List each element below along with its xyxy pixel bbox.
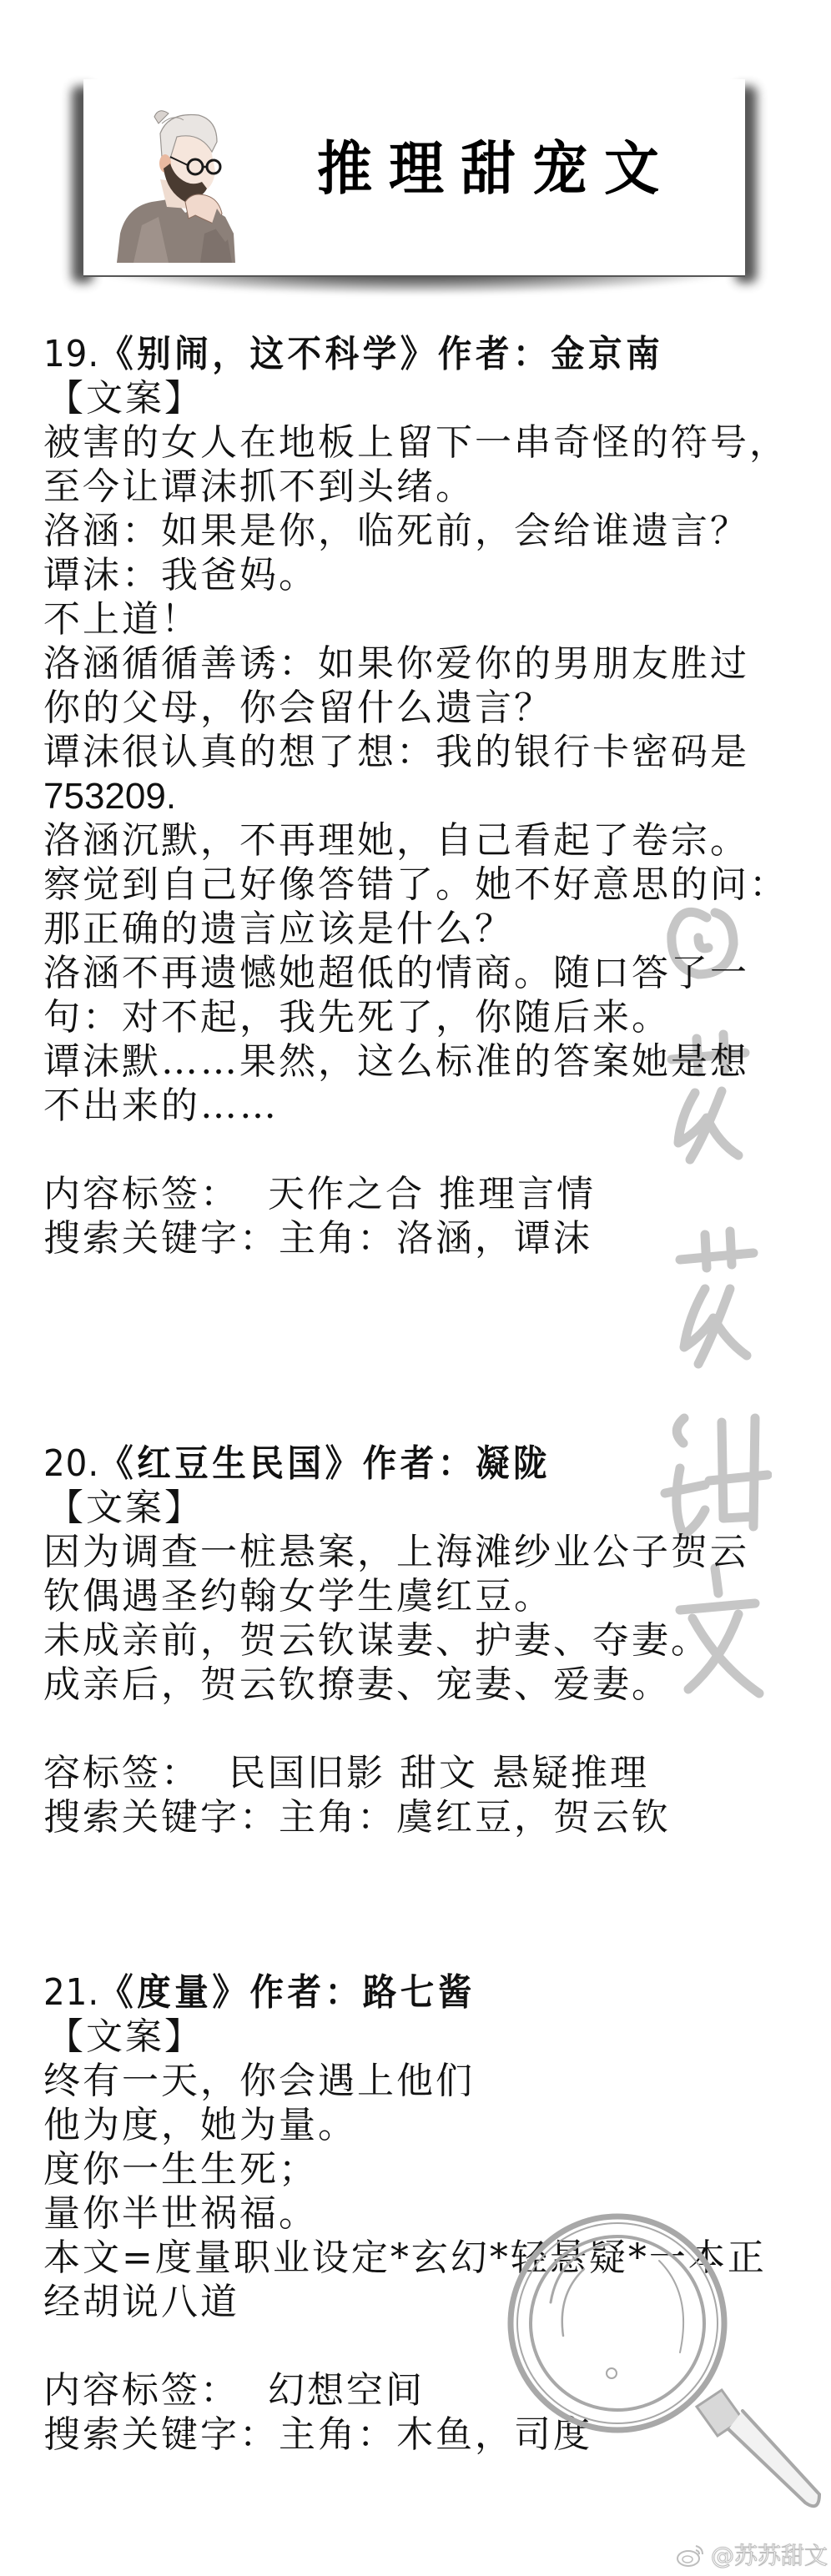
blurb-line: 不上道！ bbox=[43, 597, 794, 641]
blurb-line: 谭沫默……果然，这么标准的答案她是想 bbox=[43, 1039, 794, 1084]
search-keywords: 搜索关键字：主角：木鱼，司度 bbox=[43, 2412, 794, 2457]
blurb-line: 洛涵循循善诱：如果你爱你的男朋友胜过 bbox=[43, 641, 794, 686]
header-card: 推理甜宠文 bbox=[83, 79, 745, 277]
book-title: 《别闹，这不科学》 bbox=[99, 333, 438, 375]
content-tags: 容标签： 民国旧影 甜文 悬疑推理 bbox=[43, 1751, 794, 1795]
bearded-man-illustration-icon bbox=[108, 108, 246, 263]
blurb-line: 洛涵不再遗憾她超低的情商。随口答了一 bbox=[43, 951, 794, 995]
blurb-line: 因为调查一桩悬案，上海滩纱业公子贺云 bbox=[43, 1530, 794, 1574]
author-name: 金京南 bbox=[551, 333, 663, 375]
author-label: 作者： bbox=[249, 1971, 362, 2014]
blurb-label: 【文案】 bbox=[47, 1486, 794, 1530]
author-name: 路七酱 bbox=[363, 1971, 476, 2014]
blurb-line: 洛涵：如果是你，临死前，会给谁遗言？ bbox=[43, 509, 794, 553]
entry-number: 19. bbox=[43, 333, 99, 375]
blurb-line: 753209. bbox=[43, 774, 794, 818]
weibo-handle: @苏苏甜文 bbox=[711, 2538, 828, 2571]
banner-title: 推理甜宠文 bbox=[317, 134, 676, 204]
blurb-line: 成亲后，贺云钦撩妻、宠妻、爱妻。 bbox=[43, 1663, 794, 1707]
blurb-line: 谭沫：我爸妈。 bbox=[43, 553, 794, 597]
blurb-line: 不出来的…… bbox=[43, 1084, 794, 1128]
book-entry-20: 20.《红豆生民国》作者：凝陇 【文案】 因为调查一桩悬案，上海滩纱业公子贺云 … bbox=[43, 1441, 794, 1839]
entry-number: 21. bbox=[43, 1971, 99, 2014]
blurb-line: 经胡说八道 bbox=[43, 2280, 794, 2324]
search-keywords: 搜索关键字：主角：洛涵，谭沫 bbox=[43, 1216, 794, 1260]
entry-title: 19.《别闹，这不科学》作者：金京南 bbox=[43, 332, 734, 376]
blurb-line: 终有一天，你会遇上他们 bbox=[43, 2059, 794, 2103]
blurb-line: 洛涵沉默，不再理她，自己看起了卷宗。 bbox=[43, 818, 794, 863]
blurb-line: 至今让谭沫抓不到头绪。 bbox=[43, 465, 794, 509]
author-label: 作者： bbox=[363, 1442, 476, 1485]
book-title: 《红豆生民国》 bbox=[99, 1442, 363, 1485]
blurb-line: 度你一生生死； bbox=[43, 2147, 794, 2191]
book-title: 《度量》 bbox=[99, 1971, 249, 2014]
search-keywords: 搜索关键字：主角：虞红豆，贺云钦 bbox=[43, 1795, 794, 1839]
book-entry-21: 21.《度量》作者：路七酱 【文案】 终有一天，你会遇上他们 他为度，她为量。 … bbox=[43, 1970, 794, 2457]
content-tags: 内容标签： 天作之合 推理言情 bbox=[43, 1172, 794, 1216]
entry-title: 21.《度量》作者：路七酱 bbox=[43, 1970, 734, 2015]
blurb-label: 【文案】 bbox=[47, 376, 794, 420]
book-entry-19: 19.《别闹，这不科学》作者：金京南 【文案】 被害的女人在地板上留下一串奇怪的… bbox=[43, 332, 794, 1260]
header-banner: 推理甜宠文 bbox=[83, 79, 745, 277]
blurb-line: 量你半世祸福。 bbox=[43, 2191, 794, 2236]
blurb-line: 未成亲前，贺云钦谋妻、护妻、夺妻。 bbox=[43, 1618, 794, 1663]
content-tags: 内容标签： 幻想空间 bbox=[43, 2368, 794, 2412]
blurb-line: 谭沫很认真的想了想：我的银行卡密码是 bbox=[43, 730, 794, 774]
blurb-line: 你的父母，你会留什么遗言？ bbox=[43, 686, 794, 730]
blurb-line: 钦偶遇圣约翰女学生虞红豆。 bbox=[43, 1574, 794, 1618]
author-name: 凝陇 bbox=[476, 1442, 551, 1485]
entry-number: 20. bbox=[43, 1442, 99, 1485]
weibo-logo-icon bbox=[676, 2541, 706, 2568]
blurb-line: 那正确的遗言应该是什么？ bbox=[43, 907, 794, 951]
blurb-line: 察觉到自己好像答错了。她不好意思的问： bbox=[43, 863, 794, 907]
blurb-line: 被害的女人在地板上留下一串奇怪的符号， bbox=[43, 420, 794, 465]
blurb-line: 句：对不起，我先死了，你随后来。 bbox=[43, 995, 794, 1039]
blurb-line: 他为度，她为量。 bbox=[43, 2103, 794, 2147]
weibo-watermark: @苏苏甜文 bbox=[676, 2536, 828, 2573]
blurb-line: 本文=度量职业设定*玄幻*轻悬疑*一本正 bbox=[43, 2236, 794, 2280]
entry-title: 20.《红豆生民国》作者：凝陇 bbox=[43, 1441, 734, 1486]
author-label: 作者： bbox=[438, 333, 551, 375]
blurb-label: 【文案】 bbox=[47, 2015, 794, 2059]
